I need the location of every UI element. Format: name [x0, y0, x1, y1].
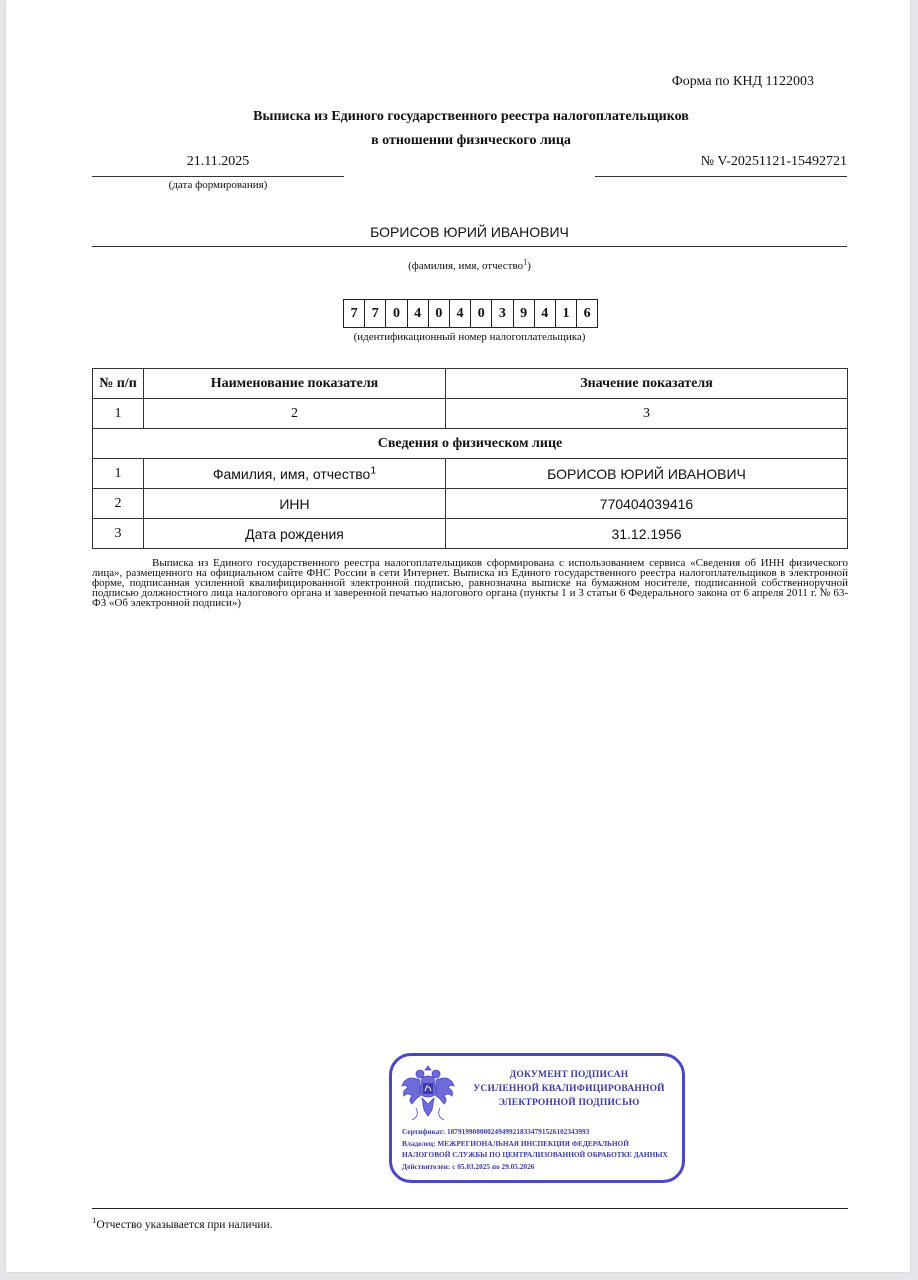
header-number: № п/п: [93, 369, 144, 399]
inn-digit-box: 1: [556, 299, 577, 328]
table-row: 1 Фамилия, имя, отчество1 БОРИСОВ ЮРИЙ И…: [93, 459, 848, 489]
number-underline: [595, 176, 847, 177]
validity-line: Действителен: с 05.03.2025 по 29.05.2026: [402, 1161, 676, 1173]
table-header-row: № п/п Наименование показателя Значение п…: [93, 369, 848, 399]
inn-digit-box: 4: [450, 299, 471, 328]
inn-digit-box: 0: [386, 299, 407, 328]
row-number: 1: [93, 459, 144, 489]
owner-line: Владелец: МЕЖРЕГИОНАЛЬНАЯ ИНСПЕКЦИЯ ФЕДЕ…: [402, 1138, 676, 1161]
inn-digit-box: 9: [514, 299, 535, 328]
column-number: 2: [144, 399, 446, 429]
full-name-underline: [92, 246, 847, 247]
date-underline: [92, 176, 344, 177]
section-row: Сведения о физическом лице: [93, 429, 848, 459]
certificate-line: Сертификат: 1879199080002494992183347915…: [402, 1126, 676, 1138]
column-number: 1: [93, 399, 144, 429]
info-table: № п/п Наименование показателя Значение п…: [92, 368, 848, 549]
inn-digit-box: 6: [577, 299, 598, 328]
inn-digit-box: 3: [492, 299, 513, 328]
footnote: 1Отчество указывается при наличии.: [92, 1219, 273, 1231]
inn-digit-box: 7: [344, 299, 365, 328]
full-name: БОРИСОВ ЮРИЙ ИВАНОВИЧ: [92, 224, 847, 240]
header-indicator-name: Наименование показателя: [144, 369, 446, 399]
form-code: Форма по КНД 1122003: [672, 74, 814, 90]
document-subtitle: в отношении физического лица: [6, 133, 918, 149]
stamp-title: ДОКУМЕНТ ПОДПИСАН УСИЛЕННОЙ КВАЛИФИЦИРОВ…: [462, 1068, 676, 1110]
full-name-caption: (фамилия, имя, отчество1): [92, 260, 847, 272]
row-name: Дата рождения: [144, 519, 446, 549]
row-value: 31.12.1956: [446, 519, 848, 549]
coat-of-arms-icon: [398, 1060, 458, 1126]
header-indicator-value: Значение показателя: [446, 369, 848, 399]
section-title: Сведения о физическом лице: [93, 429, 848, 459]
document-title: Выписка из Единого государственного реес…: [6, 109, 918, 125]
inn-digit-box: 0: [471, 299, 492, 328]
document-number: № V-20251121-15492721: [595, 154, 847, 170]
inn-digit-boxes: 770404039416: [343, 299, 598, 328]
row-name: Фамилия, имя, отчество1: [144, 459, 446, 489]
inn-digit-box: 0: [429, 299, 450, 328]
inn-digit-box: 7: [365, 299, 386, 328]
legal-note: Выписка из Единого государственного реес…: [92, 558, 848, 608]
footnote-separator: [92, 1208, 848, 1209]
table-row: 3 Дата рождения 31.12.1956: [93, 519, 848, 549]
row-value: БОРИСОВ ЮРИЙ ИВАНОВИЧ: [446, 459, 848, 489]
stamp-details: Сертификат: 1879199080002494992183347915…: [402, 1126, 676, 1172]
row-name: ИНН: [144, 489, 446, 519]
row-number: 2: [93, 489, 144, 519]
row-value: 770404039416: [446, 489, 848, 519]
column-number: 3: [446, 399, 848, 429]
formation-date: 21.11.2025: [92, 154, 344, 170]
inn-digit-box: 4: [535, 299, 556, 328]
electronic-signature-stamp: ДОКУМЕНТ ПОДПИСАН УСИЛЕННОЙ КВАЛИФИЦИРОВ…: [389, 1053, 685, 1183]
row-number: 3: [93, 519, 144, 549]
inn-digit-box: 4: [408, 299, 429, 328]
column-number-row: 1 2 3: [93, 399, 848, 429]
formation-date-caption: (дата формирования): [92, 179, 344, 191]
table-row: 2 ИНН 770404039416: [93, 489, 848, 519]
document-page: Форма по КНД 1122003 Выписка из Единого …: [6, 0, 910, 1272]
inn-caption: (идентификационный номер налогоплательщи…: [92, 331, 847, 343]
